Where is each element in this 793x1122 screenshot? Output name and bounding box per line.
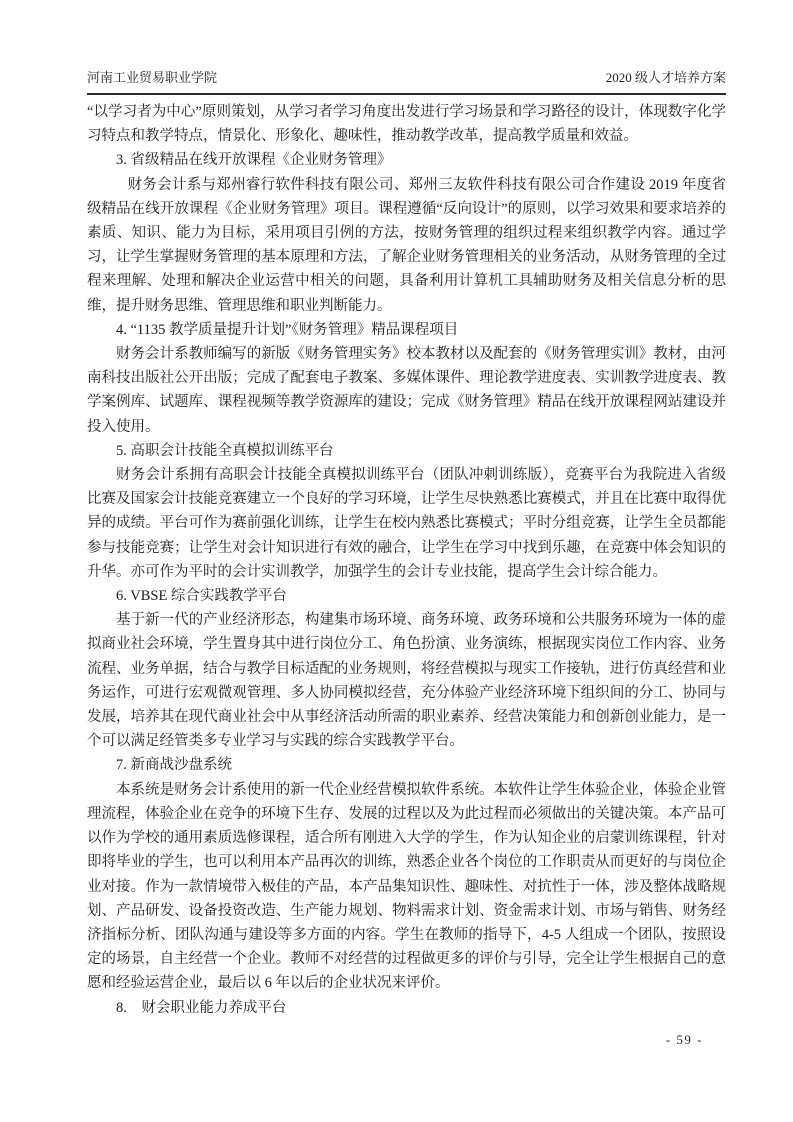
section-heading-3: 3. 省级精品在线开放课程《企业财务管理》 xyxy=(87,148,726,172)
body-paragraph-section-3: 财务会计系与郑州睿行软件科技有限公司、郑州三友软件科技有限公司合作建设 2019… xyxy=(87,173,726,318)
body-paragraph-section-7: 本系统是财务会计系使用的新一代企业经营模拟软件系统。本软件让学生体验企业，体验企… xyxy=(87,778,726,996)
section-heading-5: 5. 高职会计技能全真模拟训练平台 xyxy=(87,439,726,463)
section-heading-8: 8. 财会职业能力养成平台 xyxy=(87,996,726,1020)
page-header: 河南工业贸易职业学院 2020 级人才培养方案 xyxy=(87,70,726,95)
document-body: “以学习者为中心”原则策划，从学习者学习角度出发进行学习场景和学习路径的设计，体… xyxy=(87,100,726,1020)
body-paragraph-section-4: 财务会计系教师编写的新版《财务管理实务》校本教材以及配套的《财务管理实训》教材，… xyxy=(87,342,726,439)
body-paragraph-section-6: 基于新一代的产业经济形态，构建集市场环境、商务环境、政务环境和公共服务环境为一体… xyxy=(87,608,726,753)
section-heading-4: 4. “1135 教学质量提升计划”《财务管理》精品课程项目 xyxy=(87,318,726,342)
page-number: - 59 - xyxy=(666,1032,703,1047)
header-school-name: 河南工业贸易职业学院 xyxy=(87,70,217,85)
body-paragraph-continued: “以学习者为中心”原则策划，从学习者学习角度出发进行学习场景和学习路径的设计，体… xyxy=(87,100,726,148)
section-heading-7: 7. 新商战沙盘系统 xyxy=(87,753,726,777)
section-heading-6: 6. VBSE 综合实践教学平台 xyxy=(87,584,726,608)
header-document-title: 2020 级人才培养方案 xyxy=(606,70,726,85)
page-footer: - 59 - xyxy=(666,1032,703,1048)
body-paragraph-section-5: 财务会计系拥有高职会计技能全真模拟训练平台（团队冲刺训练版），竞赛平台为我院进入… xyxy=(87,463,726,584)
document-page: 河南工业贸易职业学院 2020 级人才培养方案 “以学习者为中心”原则策划，从学… xyxy=(0,0,793,1122)
